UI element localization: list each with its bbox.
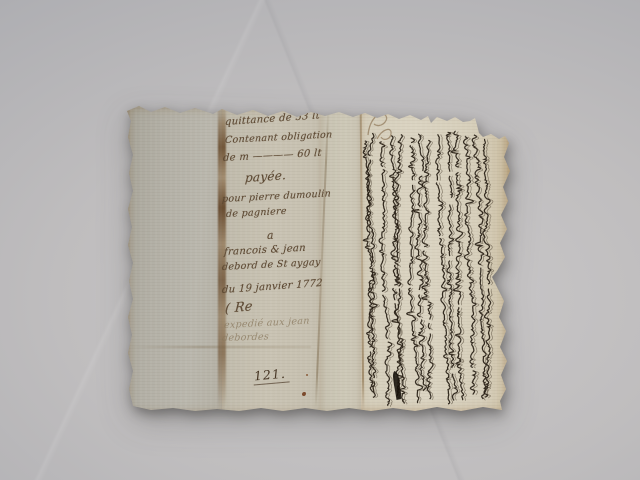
document-shadow-wrap: quittance de 53 lt Contenant obligation … (125, 103, 512, 415)
script-line (377, 142, 394, 406)
docket-line: a (267, 229, 275, 242)
script-line-echo (464, 137, 481, 396)
manuscript-document: quittance de 53 lt Contenant obligation … (125, 103, 512, 415)
docket-paraph: ( Re (224, 299, 253, 317)
ink-speck (306, 374, 308, 376)
script-line (477, 139, 495, 398)
page-number: 121. (252, 365, 289, 385)
docket-line: debordes (222, 331, 270, 344)
docket-line: payée. (245, 168, 287, 185)
handwritten-script (361, 103, 512, 415)
script-line (363, 141, 379, 398)
horizontal-crease (128, 346, 311, 348)
photo-background: quittance de 53 lt Contenant obligation … (0, 0, 640, 480)
script-line (361, 133, 381, 392)
script-line-echo (438, 134, 454, 404)
blank-left-panel (125, 103, 222, 415)
ink-flourish (368, 114, 391, 140)
